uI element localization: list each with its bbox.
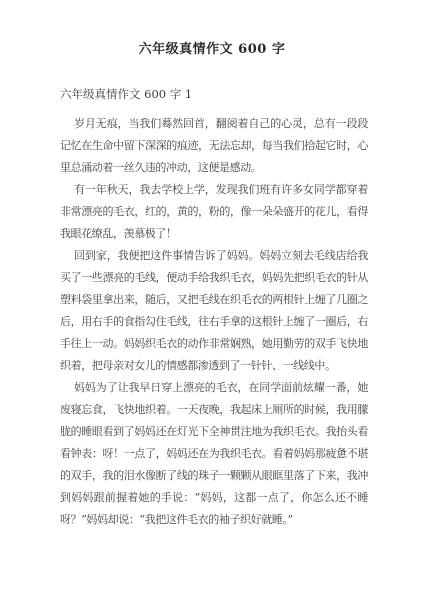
essay-body: 岁月无痕，当我们蓦然回首，翻阅着自己的心灵，总有一段段记忆在生命中留下深深的痕迹… bbox=[60, 113, 368, 531]
essay-paragraph: 有一年秋天，我去学校上学，发现我们班有许多女同学都穿着非常漂亮的毛衣，红的，黄的… bbox=[60, 179, 368, 245]
essay-paragraph: 回到家，我便把这件事情告诉了妈妈。妈妈立刻去毛线店给我买了一些漂亮的毛线，便动手… bbox=[60, 245, 368, 377]
document-page: 六年级真情作文 600 字 六年级真情作文 600 字 1 岁月无痕，当我们蓦然… bbox=[0, 0, 424, 600]
essay-paragraph: 妈妈为了让我早日穿上漂亮的毛衣，在同学面前炫耀一番，她废寝忘食，飞快地织着。一天… bbox=[60, 377, 368, 531]
essay-paragraph: 岁月无痕，当我们蓦然回首，翻阅着自己的心灵，总有一段段记忆在生命中留下深深的痕迹… bbox=[60, 113, 368, 179]
document-title: 六年级真情作文 600 字 bbox=[56, 40, 368, 60]
section-heading: 六年级真情作文 600 字 1 bbox=[60, 87, 368, 101]
